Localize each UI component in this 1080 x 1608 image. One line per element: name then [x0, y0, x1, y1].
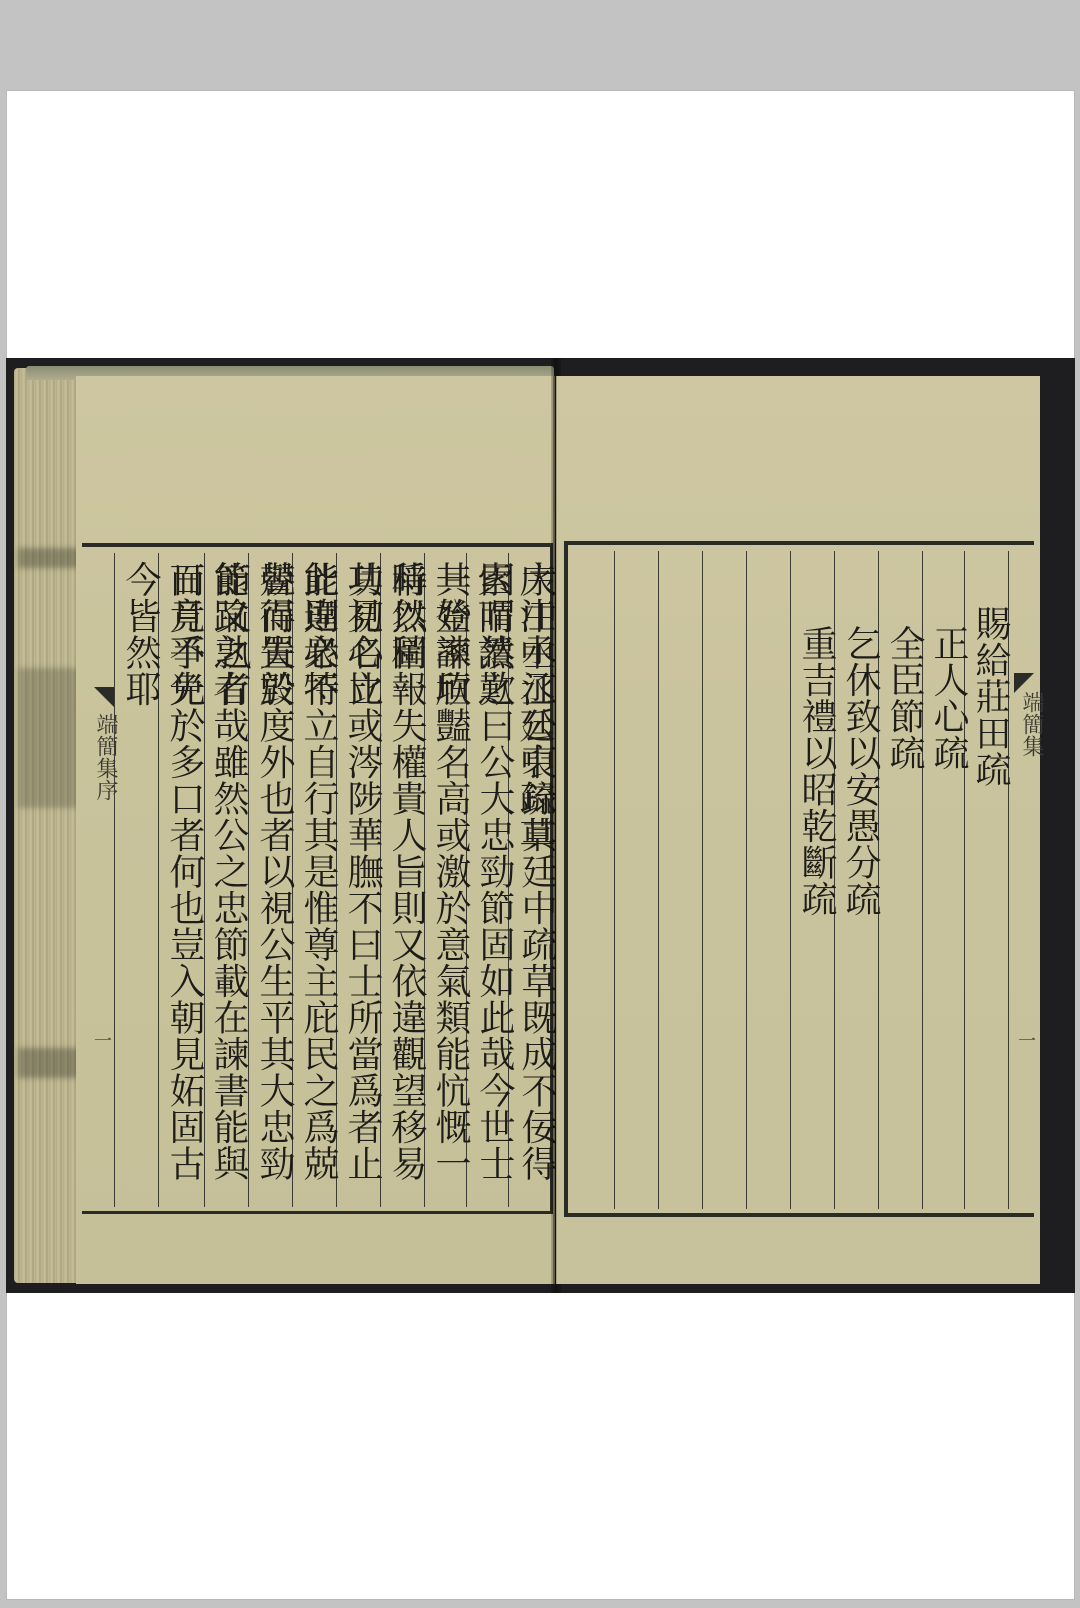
column-rule	[746, 551, 747, 1209]
toc-entry: 乞休致以安愚分疏	[838, 625, 882, 917]
heart-label: 端簡集	[1016, 691, 1047, 757]
folio-number: 一	[94, 1027, 112, 1053]
fish-tail-mark-icon	[1014, 673, 1034, 693]
toc-entry: 全臣節疏	[882, 625, 926, 771]
right-text-frame: 賜給莊田疏 正人心疏 全臣節疏 乞休致以安愚分疏 重吉禮以昭乾斷疏 端簡集 一	[564, 541, 1034, 1217]
toc-entry: 賜給莊田疏	[968, 605, 1012, 788]
column-rule	[790, 551, 791, 1209]
column-rule	[658, 551, 659, 1209]
column-rule	[614, 551, 615, 1209]
column-rule	[114, 553, 115, 1207]
text-column: 而竟不免於多口者何也豈入朝見妬固古今皆然耶	[118, 561, 206, 1211]
left-text-frame: 端簡集序 一 序江中丞廷中疏草 大中丞江公裒録其廷中疏草既成不佞得索而讀之 因喟…	[82, 543, 553, 1214]
column-rule	[702, 551, 703, 1209]
toc-entry: 重吉禮以昭乾斷疏	[794, 625, 838, 917]
heart-label: 端簡集序	[90, 713, 121, 801]
folio-number: 一	[1018, 1027, 1036, 1053]
book-scan: 端簡集序 一 序江中丞廷中疏草 大中丞江公裒録其廷中疏草既成不佞得索而讀之 因喟…	[6, 358, 1075, 1293]
toc-entry: 正人心疏	[926, 625, 970, 771]
fish-tail-mark-icon	[94, 687, 114, 707]
